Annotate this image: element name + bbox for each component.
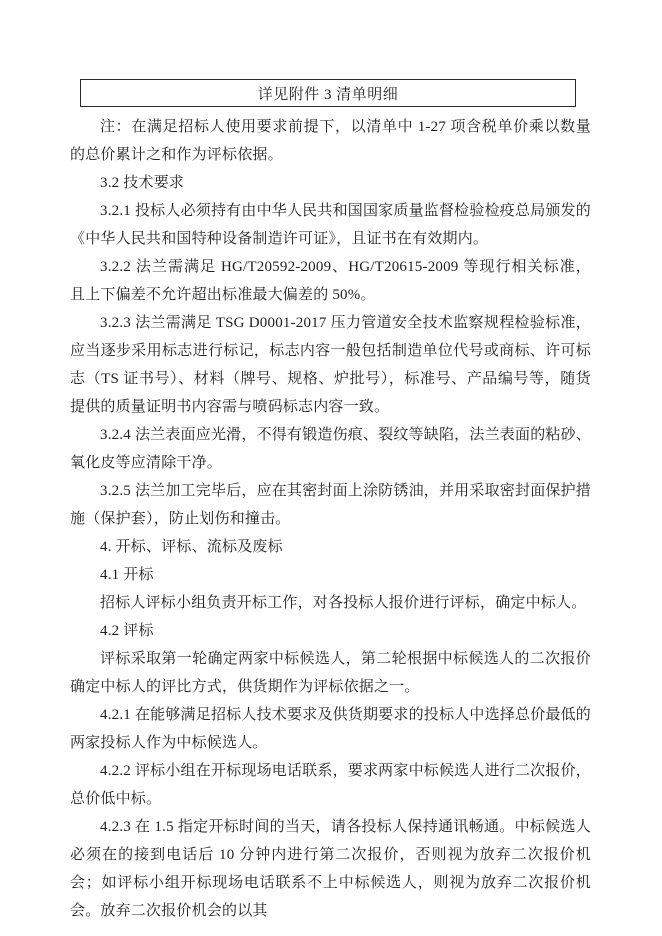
- paragraph: 3.2.1 投标人必须持有由中华人民共和国国家质量监督检验检疫总局颁发的《中华人…: [70, 197, 591, 253]
- paragraph: 3.2.2 法兰需满足 HG/T20592-2009、HG/T20615-200…: [70, 253, 591, 309]
- paragraph: 4.2.3 在 1.5 指定开标时间的当天，请各投标人保持通讯畅通。中标候选人必…: [70, 813, 591, 925]
- paragraph: 注：在满足招标人使用要求前提下，以清单中 1-27 项含税单价乘以数量的总价累计…: [70, 113, 591, 169]
- paragraph: 3.2.5 法兰加工完毕后，应在其密封面上涂防锈油，并用采取密封面保护措施（保护…: [70, 477, 591, 533]
- paragraph: 3.2 技术要求: [70, 169, 591, 197]
- paragraph: 招标人评标小组负责开标工作，对各投标人报价进行评标，确定中标人。: [70, 589, 591, 617]
- paragraph: 4.2 评标: [70, 617, 591, 645]
- paragraph: 3.2.4 法兰表面应光滑，不得有锻造伤痕、裂纹等缺陷，法兰表面的粘砂、氧化皮等…: [70, 421, 591, 477]
- document-paragraphs: 注：在满足招标人使用要求前提下，以清单中 1-27 项含税单价乘以数量的总价累计…: [70, 113, 591, 925]
- document-page: 详见附件 3 清单明细 注：在满足招标人使用要求前提下，以清单中 1-27 项含…: [0, 0, 662, 936]
- attachment-reference-box: 详见附件 3 清单明细: [80, 79, 576, 107]
- paragraph: 3.2.3 法兰需满足 TSG D0001-2017 压力管道安全技术监察规程检…: [70, 309, 591, 421]
- paragraph: 4.2.1 在能够满足招标人技术要求及供货期要求的投标人中选择总价最低的两家投标…: [70, 701, 591, 757]
- paragraph: 评标采取第一轮确定两家中标候选人，第二轮根据中标候选人的二次报价确定中标人的评比…: [70, 645, 591, 701]
- document-content: 详见附件 3 清单明细 注：在满足招标人使用要求前提下，以清单中 1-27 项含…: [70, 79, 591, 925]
- paragraph: 4.1 开标: [70, 561, 591, 589]
- paragraph: 4. 开标、评标、流标及废标: [70, 533, 591, 561]
- attachment-reference-label: 详见附件 3 清单明细: [258, 83, 399, 104]
- paragraph: 4.2.2 评标小组在开标现场电话联系，要求两家中标候选人进行二次报价，总价低中…: [70, 757, 591, 813]
